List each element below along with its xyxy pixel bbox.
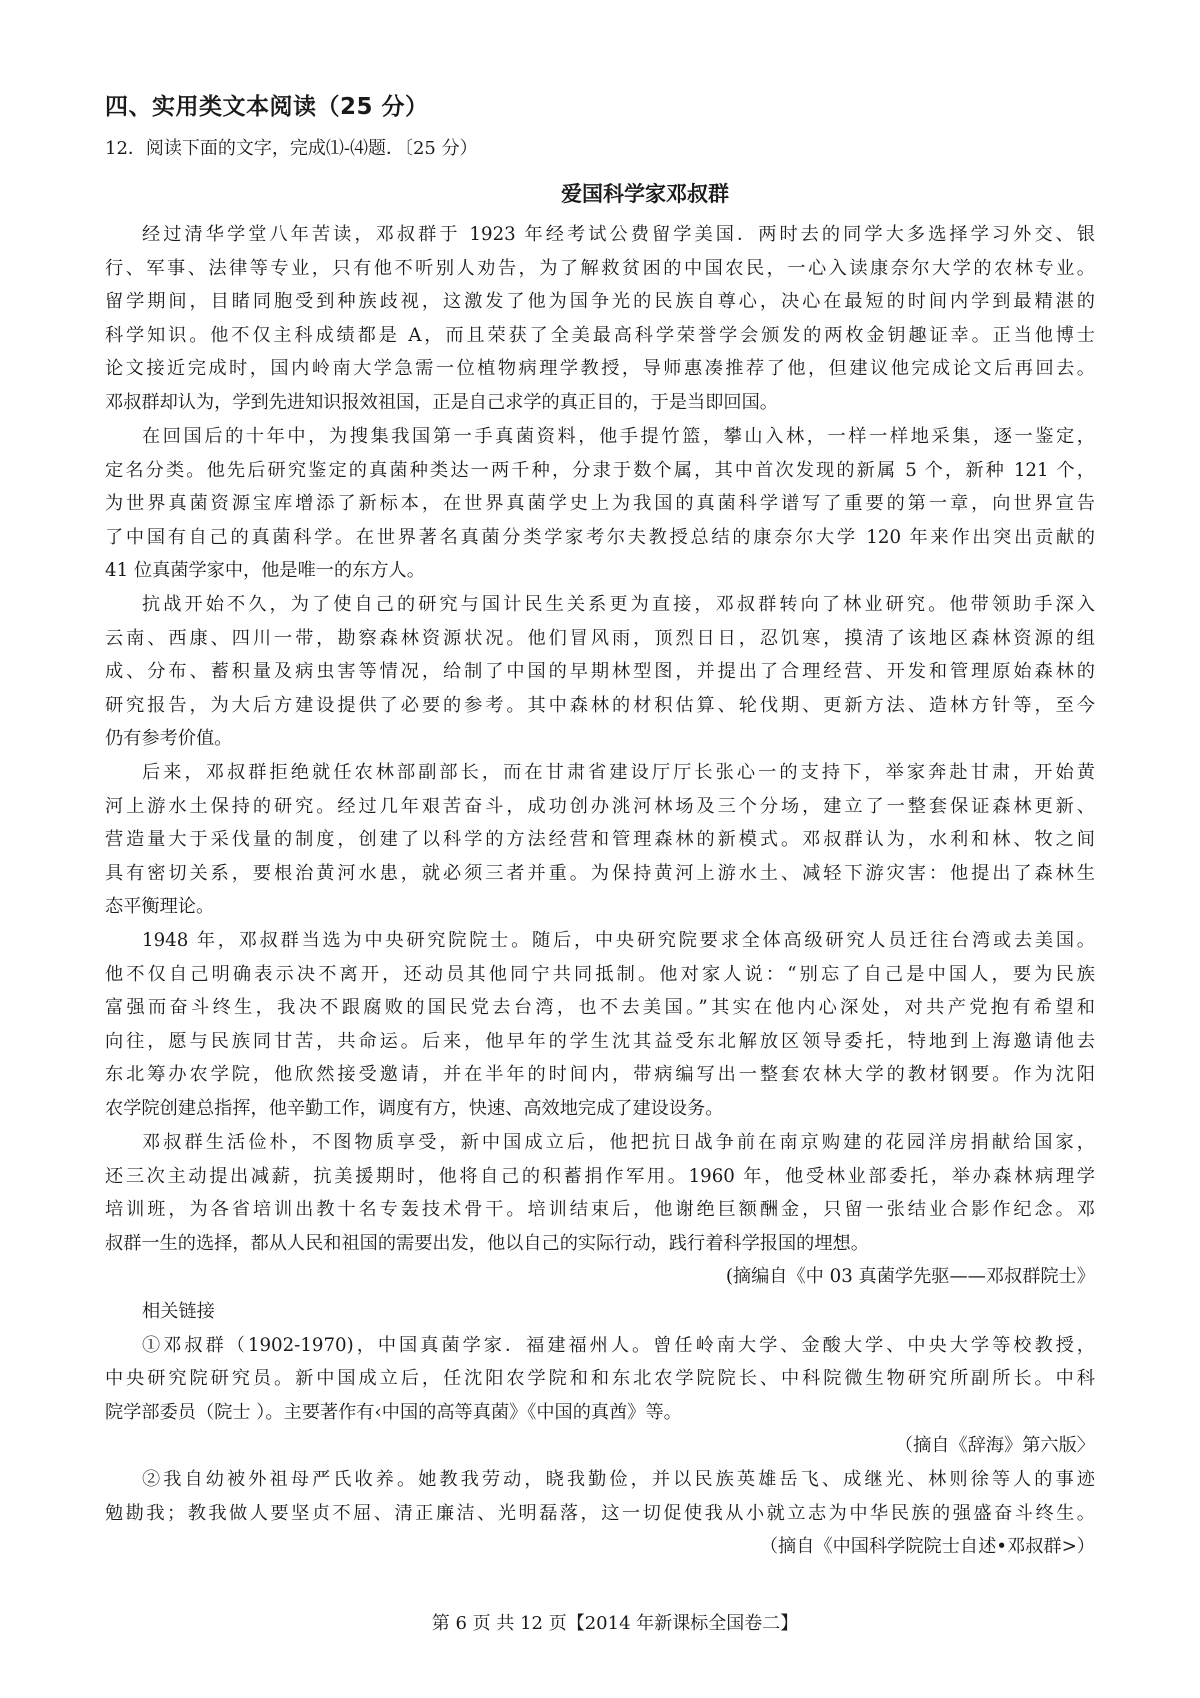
text-line: 行、军事、法律等专业，只有他不听别人劝告，为了解救贫困的中国农民，一心入读康奈尔… — [105, 252, 1095, 286]
article-paragraph-4: 后来，邓叔群拒绝就任农林部副部长，而在甘肃省建设厅厅长张心一的支持下，举家奔赴甘… — [105, 756, 1095, 924]
text-line: 还三次主动提出减薪，抗美援期时，他将自己的积蓄捐作军用。1960 年，他受林业部… — [105, 1160, 1095, 1194]
text-line: 邓叔群生活俭朴，不图物质享受，新中国成立后，他把抗日战争前在南京购建的花园洋房捐… — [105, 1126, 1095, 1160]
text-line: 河上游水土保持的研究。经过几年艰苦奋斗，成功创办洮河林场及三个分场，建立了一整套… — [105, 790, 1095, 824]
text-line: 在回国后的十年中，为搜集我国第一手真菌资料，他手提竹篮，攀山入林，一样一样地采集… — [105, 420, 1095, 454]
text-line: 具有密切关系，要根治黄河水患，就必须三者并重。为保持黄河上游水土、减轻下游灾害：… — [105, 857, 1095, 891]
question-instruction: 12．阅读下面的文字，完成⑴-⑷题．〔25 分） — [105, 134, 478, 160]
exam-page: 四、实用类文本阅读（25 分） 12．阅读下面的文字，完成⑴-⑷题．〔25 分）… — [0, 0, 1200, 1698]
text-line: 成、分布、蓄积量及病虫害等情况，给制了中国的早期林型图，并提出了合理经营、开发和… — [105, 655, 1095, 689]
text-line: 农学院创建总指挥，他辛勤工作，调度有方，快速、高效地完成了建设设务。 — [105, 1092, 1095, 1126]
text-line: 了中国有自己的真菌科学。在世界著名真菌分类学家考尔夫教授总结的康奈尔大学 120… — [105, 521, 1095, 555]
section-title: 四、实用类文本阅读（25 分） — [105, 88, 429, 121]
text-line: 留学期间，目睹同胞受到种族歧视，这激发了他为国争光的民族自尊心，决心在最短的时间… — [105, 285, 1095, 319]
text-line: 1948 年，邓叔群当选为中央研究院院士。随后，中央研究院要求全体高级研究人员迁… — [105, 924, 1095, 958]
text-line: 论文接近完成时，国内岭南大学急需一位植物病理学教授，导师惠凑推荐了他，但建议他完… — [105, 352, 1095, 386]
text-line: 仍有参考价值。 — [105, 722, 1095, 756]
text-line: 云南、西康、四川一带，勘察森林资源状况。他们冒风雨，顶烈日日，忍饥寒，摸清了该地… — [105, 622, 1095, 656]
article-paragraph-3: 抗战开始不久，为了使自己的研究与国计民生关系更为直接，邓叔群转向了林业研究。他带… — [105, 588, 1095, 756]
article-paragraph-6: 邓叔群生活俭朴，不图物质享受，新中国成立后，他把抗日战争前在南京购建的花园洋房捐… — [105, 1126, 1095, 1294]
text-line: 营造量大于采伐量的制度，创建了以科学的方法经营和管理森林的新模式。邓叔群认为，水… — [105, 823, 1095, 857]
related-heading: 相关链接 — [105, 1295, 1095, 1329]
text-line: ①邓叔群（1902-1970)，中国真菌学家．福建福州人。曾任岭南大学、金酸大学… — [105, 1329, 1095, 1363]
article-source: (摘编自《中 03 真菌学先驱——邓叔群院士》 — [105, 1260, 1095, 1294]
article-paragraph-1: 经过清华学堂八年苦读，邓叔群于 1923 年经考试公费留学美国．两时去的同学大多… — [105, 218, 1095, 420]
text-line: 向往，愿与民族同甘苦，共命运。后来，他早年的学生沈其益受东北解放区领导委托，特地… — [105, 1025, 1095, 1059]
text-line: 经过清华学堂八年苦读，邓叔群于 1923 年经考试公费留学美国．两时去的同学大多… — [105, 218, 1095, 252]
text-line: 抗战开始不久，为了使自己的研究与国计民生关系更为直接，邓叔群转向了林业研究。他带… — [105, 588, 1095, 622]
related-source-1: （摘自《辞海》第六版〉 — [105, 1429, 1095, 1463]
text-line: 富强而奋斗终生，我决不跟腐败的国民党去台湾，也不去美国。”其实在他内心深处，对共… — [105, 991, 1095, 1025]
article-title: 爱国科学家邓叔群 — [0, 178, 1200, 208]
text-line: 叔群一生的选择，都从人民和祖国的需要出发，他以自己的实际行动，践行着科学报国的埋… — [105, 1227, 1095, 1261]
text-line: 院学部委员（院士 ）。主要著作有‹中国的高等真菌》《中国的真酋》等。 — [105, 1396, 1095, 1430]
text-line: 41 位真菌学家中，他是唯一的东方人。 — [105, 554, 1095, 588]
text-line: 他不仅自己明确表示决不离开，还动员其他同宁共同抵制。他对家人说：“别忘了自己是中… — [105, 958, 1095, 992]
text-line: 勉勘我；教我做人要坚贞不屈、清正廉洁、光明磊落，这一切促使我从小就立志为中华民族… — [105, 1497, 1095, 1531]
text-line: 后来，邓叔群拒绝就任农林部副部长，而在甘肃省建设厅厅长张心一的支持下，举家奔赴甘… — [105, 756, 1095, 790]
text-line: 邓叔群却认为，学到先进知识报效祖国，正是自己求学的真正目的，于是当即回国。 — [105, 386, 1095, 420]
article-paragraph-5: 1948 年，邓叔群当选为中央研究院院士。随后，中央研究院要求全体高级研究人员迁… — [105, 924, 1095, 1126]
text-line: 态平衡理论。 — [105, 890, 1095, 924]
related-source-2: （摘自《中国科学院院士自述•邓叔群>） — [105, 1530, 1095, 1564]
text-line: 中央研究院研究员。新中国成立后，任沈阳农学院和和东北农学院院长、中科院微生物研究… — [105, 1362, 1095, 1396]
text-line: 科学知识。他不仅主科成绩都是 A，而且荣获了全美最高科学荣誉学会颁发的两枚金钥趣… — [105, 319, 1095, 353]
related-links: 相关链接 ①邓叔群（1902-1970)，中国真菌学家．福建福州人。曾任岭南大学… — [105, 1295, 1095, 1564]
text-line: 研究报告，为大后方建设提供了必要的参考。其中森林的材积估算、轮伐期、更新方法、造… — [105, 689, 1095, 723]
text-line: 东北筹办农学院，他欣然接受邀请，并在半年的时间内，带病编写出一整套农林大学的教材… — [105, 1058, 1095, 1092]
text-line: ②我自幼被外祖母严氏收养。她教我劳动，晓我勤俭，并以民族英雄岳飞、成继光、林则徐… — [105, 1463, 1095, 1497]
text-line: 定名分类。他先后研究鉴定的真菌种类达一两千种，分隶于数个属，其中首次发现的新属 … — [105, 454, 1095, 488]
page-footer: 第 6 页 共 12 页【2014 年新课标全国卷二】 — [0, 1609, 1200, 1635]
article-paragraph-2: 在回国后的十年中，为搜集我国第一手真菌资料，他手提竹篮，攀山入林，一样一样地采集… — [105, 420, 1095, 588]
text-line: 为世界真菌资源宝库增添了新标本，在世界真菌学史上为我国的真菌科学谱写了重要的第一… — [105, 487, 1095, 521]
text-line: 培训班，为各省培训出教十名专轰技术骨干。培训结束后，他谢绝巨额酬金，只留一张结业… — [105, 1193, 1095, 1227]
